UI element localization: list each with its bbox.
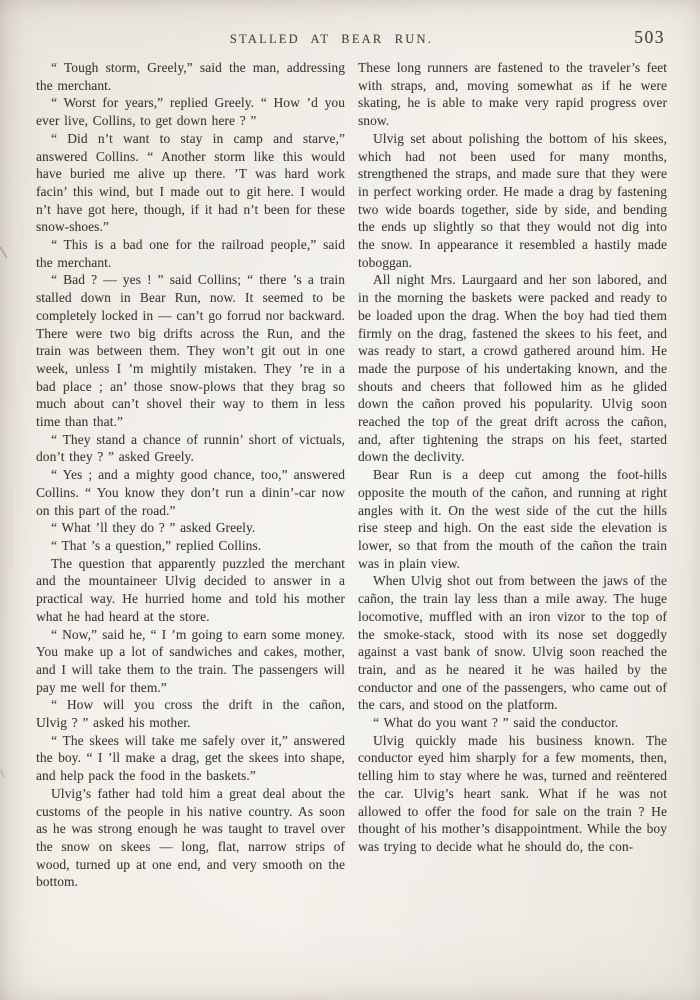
paragraph: “ Tough storm, Greely,” said the man, ad… <box>36 59 345 94</box>
paragraph: “ What do you want ? ” said the conducto… <box>358 714 667 732</box>
paragraph: “ This is a bad one for the railroad peo… <box>36 236 345 271</box>
paragraph: “ How will you cross the drift in the ca… <box>36 696 345 731</box>
page-title: STALLED AT BEAR RUN. <box>36 28 627 50</box>
paragraph: “ They stand a chance of runnin’ short o… <box>36 431 345 466</box>
page-header: STALLED AT BEAR RUN. 503 <box>36 28 667 50</box>
column-right: These long runners are fastened to the t… <box>358 59 667 891</box>
paragraph: “ Worst for years,” replied Greely. “ Ho… <box>36 94 345 129</box>
scan-mark <box>0 243 14 259</box>
paragraph: “ Bad ? — yes ! ” said Collins; “ there … <box>36 271 345 430</box>
paragraph: “ The skees will take me safely over it,… <box>36 732 345 785</box>
paragraph: All night Mrs. Laurgaard and her son lab… <box>358 271 667 466</box>
paragraph: “ Did n’t want to stay in camp and starv… <box>36 130 345 236</box>
paragraph: “ Now,” said he, “ I ’m going to earn so… <box>36 626 345 697</box>
paragraph: The question that apparently puzzled the… <box>36 555 345 626</box>
paragraph: Bear Run is a deep cut among the foot-hi… <box>358 466 667 572</box>
paragraph: “ What ’ll they do ? ” asked Greely. <box>36 519 345 537</box>
scan-mark <box>0 767 9 778</box>
column-left: “ Tough storm, Greely,” said the man, ad… <box>36 59 345 891</box>
paragraph: “ Yes ; and a mighty good chance, too,” … <box>36 466 345 519</box>
paragraph: Ulvig’s father had told him a great deal… <box>36 785 345 891</box>
text-columns: “ Tough storm, Greely,” said the man, ad… <box>36 59 667 891</box>
paragraph: “ That ’s a question,” replied Collins. <box>36 537 345 555</box>
book-page: STALLED AT BEAR RUN. 503 “ Tough storm, … <box>0 0 700 1000</box>
paragraph: When Ulvig shot out from between the jaw… <box>358 572 667 714</box>
paragraph: Ulvig quickly made his business known. T… <box>358 732 667 856</box>
page-number: 503 <box>634 25 665 49</box>
paragraph: Ulvig set about polishing the bottom of … <box>358 130 667 272</box>
paragraph: These long runners are fastened to the t… <box>358 59 667 130</box>
